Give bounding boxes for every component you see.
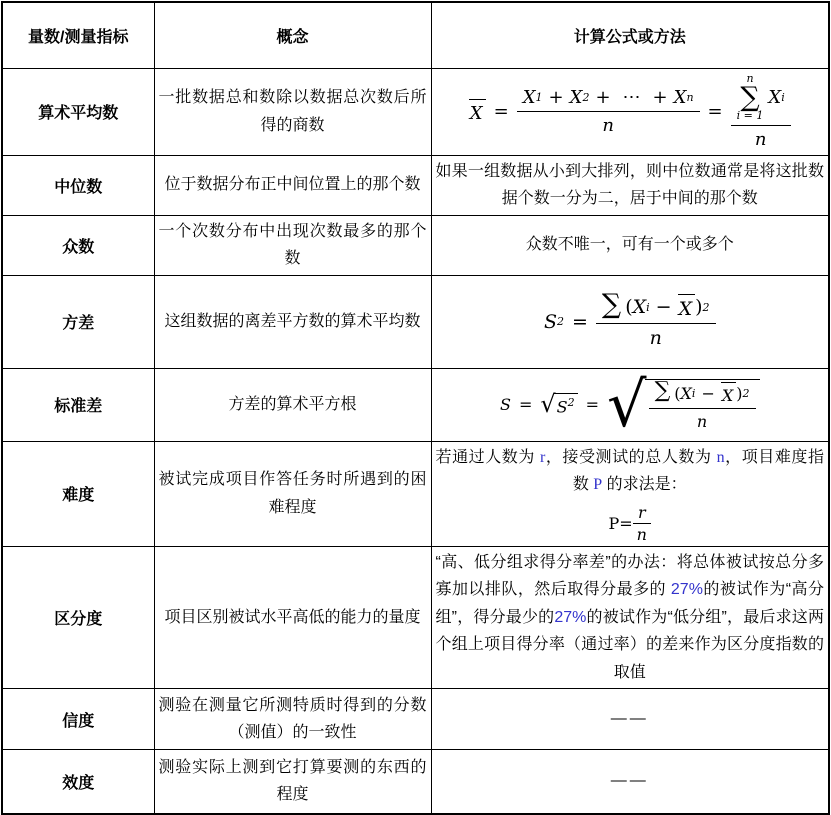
radical-symbol: √ (607, 380, 647, 430)
row-discrimination: 区分度 项目区别被试水平高低的能力的量度 “高、低分组求得分率差”的办法：将总体… (2, 546, 829, 689)
mean-concept: 一批数据总和数除以数据总次数后所得的商数 (154, 68, 431, 155)
equals-sign: = (519, 395, 532, 414)
mode-concept: 一个次数分布中出现次数最多的那个数 (154, 215, 431, 275)
std-fraction: ∑ ( Xi − X )2 n (649, 382, 756, 431)
reliability-dash: —— (431, 689, 829, 750)
equals-sign: = (572, 311, 588, 333)
row-variance: 方差 这组数据的离差平方数的算术平均数 S2 = ∑ ( Xi − X )2 n (2, 275, 829, 368)
reliability-concept: 测验在测量它所测特质时得到的分数（测值）的一致性 (154, 689, 431, 750)
mean-fraction-sigma: n ∑ i = 1 Xi n (731, 73, 791, 151)
percent-27-high: 27% (671, 581, 703, 598)
variance-label: 方差 (2, 275, 154, 368)
reliability-label: 信度 (2, 689, 154, 750)
std-label: 标准差 (2, 368, 154, 441)
median-label: 中位数 (2, 155, 154, 215)
row-difficulty: 难度 被试完成项目作答任务时所遇到的困难程度 若通过人数为 r，接受测试的总人数… (2, 441, 829, 546)
summation-symbol: ∑ (602, 293, 621, 317)
var-p: P (593, 476, 602, 493)
header-cell-concept: 概念 (154, 2, 431, 68)
difficulty-method-cell: 若通过人数为 r，接受测试的总人数为 n，项目难度指数 P 的求法是： P=rn (431, 441, 829, 546)
discrimination-label: 区分度 (2, 546, 154, 689)
validity-dash: —— (431, 750, 829, 814)
validity-concept: 测验实际上测到它打算要测的东西的程度 (154, 750, 431, 814)
row-mode: 众数 一个次数分布中出现次数最多的那个数 众数不唯一，可有一个或多个 (2, 215, 829, 275)
x-bar: X (469, 99, 486, 124)
mean-label: 算术平均数 (2, 68, 154, 155)
difficulty-method-text: 若通过人数为 r，接受测试的总人数为 n，项目难度指数 P 的求法是： (436, 444, 825, 499)
discrimination-concept: 项目区别被试水平高低的能力的量度 (154, 546, 431, 689)
mode-method: 众数不唯一，可有一个或多个 (431, 215, 829, 275)
header-cell-formula: 计算公式或方法 (431, 2, 829, 68)
header-row: 量数/测量指标 概念 计算公式或方法 (2, 2, 829, 68)
equals-sign: = (494, 101, 509, 122)
var-n: n (717, 449, 725, 466)
discrimination-method-text: “高、低分组求得分率差”的办法：将总体被试按总分多寡加以排队，然后取得分最多的 … (436, 549, 825, 687)
mean-formula-cell: X = X1 + X2 + ⋯ + Xn n = (431, 68, 829, 155)
mean-formula: X = X1 + X2 + ⋯ + Xn n = (436, 73, 825, 151)
std-formula-cell: S = √ S2 = √ ∑ ( Xi − (431, 368, 829, 441)
validity-label: 效度 (2, 750, 154, 814)
variance-formula-cell: S2 = ∑ ( Xi − X )2 n (431, 275, 829, 368)
std-formula: S = √ S2 = √ ∑ ( Xi − (436, 379, 825, 431)
header-cell-measure: 量数/测量指标 (2, 2, 154, 68)
row-reliability: 信度 测验在测量它所测特质时得到的分数（测值）的一致性 —— (2, 689, 829, 750)
discrimination-method-cell: “高、低分组求得分率差”的办法：将总体被试按总分多寡加以排队，然后取得分最多的 … (431, 546, 829, 689)
x-bar: X (678, 294, 696, 320)
mode-label: 众数 (2, 215, 154, 275)
summation-symbol: ∑ (655, 381, 671, 401)
row-median: 中位数 位于数据分布正中间位置上的那个数 如果一组数据从小到大排列，则中位数通常… (2, 155, 829, 215)
statistics-measures-table: 量数/测量指标 概念 计算公式或方法 算术平均数 一批数据总和数除以数据总次数后… (1, 1, 830, 815)
equals-sign: = (586, 395, 599, 414)
variance-fraction: ∑ ( Xi − X )2 n (596, 294, 716, 349)
difficulty-formula: P=rn (436, 503, 825, 544)
row-arithmetic-mean: 算术平均数 一批数据总和数除以数据总次数后所得的商数 X = X1 + X2 +… (2, 68, 829, 155)
sqrt-variance: √ ∑ ( Xi − X )2 n (607, 379, 759, 431)
x-bar: X (721, 382, 736, 405)
equals-sign: = (708, 101, 723, 122)
difficulty-label: 难度 (2, 441, 154, 546)
median-method: 如果一组数据从小到大排列，则中位数通常是将这批数据个数一分为二，居于中间的那个数 (431, 155, 829, 215)
summation-symbol: n ∑ i = 1 (737, 73, 764, 123)
difficulty-concept: 被试完成项目作答任务时所遇到的困难程度 (154, 441, 431, 546)
variance-concept: 这组数据的离差平方数的算术平均数 (154, 275, 431, 368)
document-page: { "colors": { "border": "#000000", "text… (0, 1, 831, 756)
row-std-deviation: 标准差 方差的算术平方根 S = √ S2 = √ ∑ ( (2, 368, 829, 441)
std-concept: 方差的算术平方根 (154, 368, 431, 441)
variance-formula: S2 = ∑ ( Xi − X )2 n (436, 294, 825, 349)
percent-27-low: 27% (554, 609, 586, 626)
mean-fraction-expanded: X1 + X2 + ⋯ + Xn n (517, 87, 700, 136)
sqrt-s-squared: √ S2 (540, 393, 577, 416)
row-validity: 效度 测验实际上测到它打算要测的东西的程度 —— (2, 750, 829, 814)
median-concept: 位于数据分布正中间位置上的那个数 (154, 155, 431, 215)
difficulty-fraction: rn (633, 503, 651, 544)
